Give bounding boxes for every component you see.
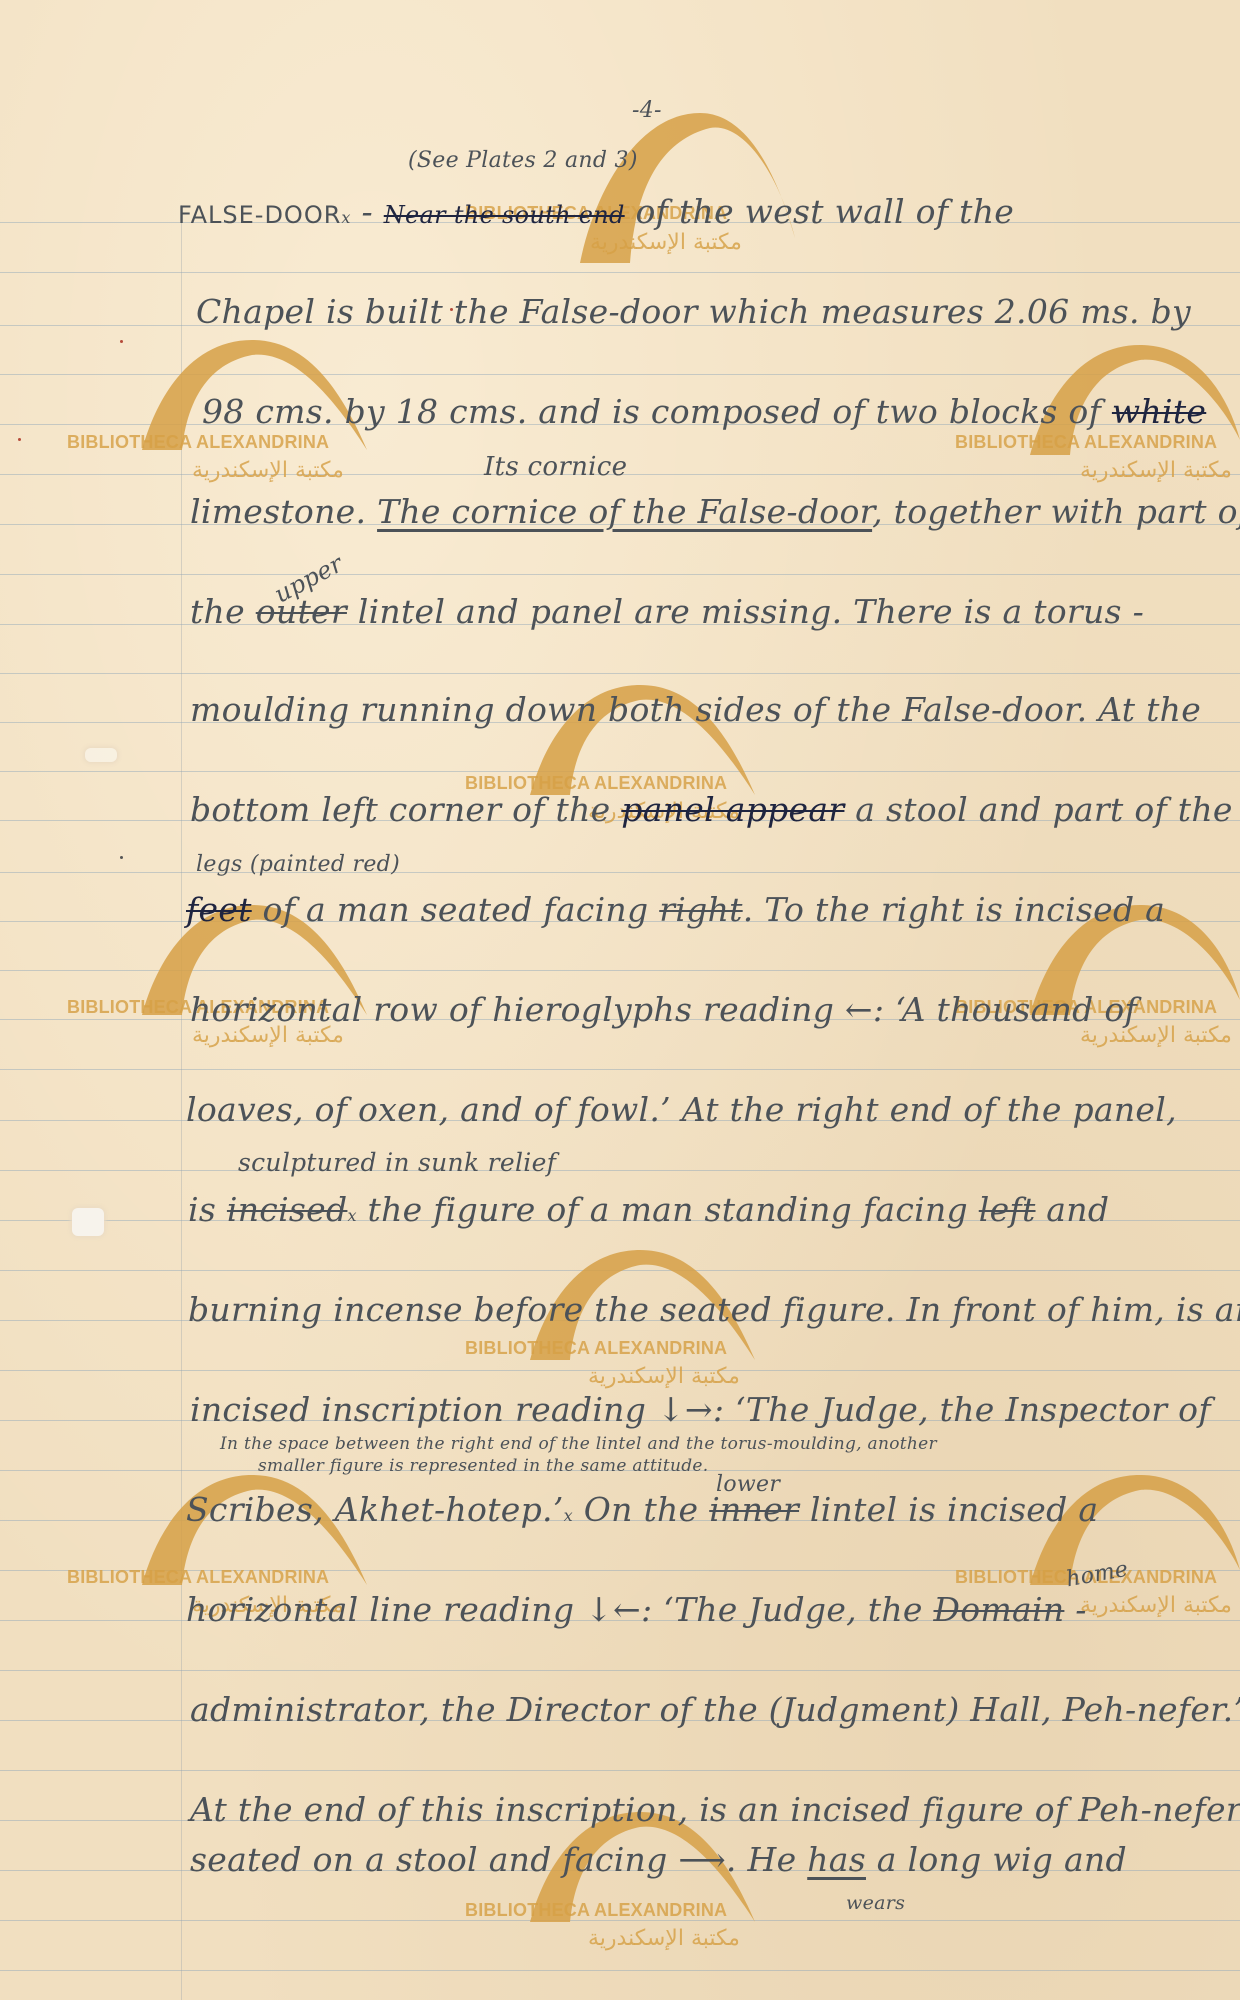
text-segment: of the west wall of the bbox=[625, 192, 1014, 231]
punch-hole bbox=[85, 748, 117, 762]
text-segment: Scribes, Akhet-hotep.’ bbox=[186, 1490, 564, 1529]
text-segment: and bbox=[1036, 1190, 1110, 1229]
rule-line bbox=[0, 1570, 1240, 1571]
watermark-text-ar: مكتبة الإسكندرية bbox=[192, 458, 344, 483]
text-segment: limestone. bbox=[190, 492, 377, 531]
watermark-text-ar: مكتبة الإسكندرية bbox=[588, 1364, 740, 1389]
text-segment: On the bbox=[573, 1490, 709, 1529]
text-segment: lintel and panel are missing. There is a… bbox=[347, 592, 1144, 631]
rule-line bbox=[0, 872, 1240, 873]
text-line-12: is incisedx the figure of a man standing… bbox=[188, 1190, 1109, 1229]
ink-speck bbox=[18, 438, 21, 441]
text-segment: a long wig and bbox=[866, 1840, 1127, 1879]
watermark-text-ar: مكتبة الإسكندرية bbox=[588, 1926, 740, 1951]
rule-line bbox=[0, 771, 1240, 772]
insertion-caret: x bbox=[347, 1206, 356, 1225]
rule-line bbox=[0, 1920, 1240, 1921]
plate-reference: (See Plates 2 and 3) bbox=[408, 148, 638, 173]
text-line-5: limestone. The cornice of the False-door… bbox=[190, 492, 1240, 531]
insertion-sculptured-in-sunk-relief: sculptured in sunk relief bbox=[238, 1148, 556, 1177]
text-line-11: loaves, of oxen, and of fowl.’ At the ri… bbox=[186, 1090, 1177, 1129]
rule-line bbox=[0, 970, 1240, 971]
text-line-19: seated on a stool and facing ⟶. He has a… bbox=[190, 1840, 1127, 1879]
insertion-its-cornice: Its cornice bbox=[484, 452, 627, 482]
watermark-arch-icon bbox=[560, 108, 820, 263]
text-line-15: Scribes, Akhet-hotep.’x On the inner lin… bbox=[186, 1490, 1098, 1529]
insertion-home: home bbox=[1064, 1557, 1130, 1592]
rule-line bbox=[0, 673, 1240, 674]
margin-line bbox=[181, 205, 182, 2000]
text-line-7: moulding running down both sides of the … bbox=[190, 690, 1201, 729]
text-line-3: 98 cms. by 18 cms. and is composed of tw… bbox=[202, 392, 1206, 431]
watermark-text-en: BIBLIOTHECA ALEXANDRINA bbox=[67, 432, 329, 453]
struck-text: left bbox=[979, 1190, 1036, 1229]
text-segment: lintel is incised a bbox=[799, 1490, 1098, 1529]
watermark-text-ar: مكتبة الإسكندرية bbox=[1080, 458, 1232, 483]
text-segment: - bbox=[351, 192, 384, 231]
text-segment: - bbox=[1064, 1590, 1086, 1629]
struck-text: right bbox=[659, 890, 742, 929]
watermark-text-ar: مكتبة الإسكندرية bbox=[590, 230, 742, 255]
insertion-legs-painted-red: legs (painted red) bbox=[196, 852, 400, 877]
rule-line bbox=[0, 574, 1240, 575]
text-line-14: incised inscription reading ↓→: ‘The Jud… bbox=[190, 1390, 1211, 1429]
text-line-8: bottom left corner of the panel appear a… bbox=[190, 790, 1233, 829]
ink-speck bbox=[120, 340, 123, 343]
struck-text: has bbox=[807, 1840, 866, 1879]
rule-line bbox=[0, 1370, 1240, 1371]
struck-text: panel appear bbox=[621, 790, 844, 829]
text-segment: a stool and part of the bbox=[844, 790, 1232, 829]
watermark-text-en: BIBLIOTHECA ALEXANDRINA bbox=[465, 1900, 727, 1921]
struck-text: Domain bbox=[934, 1590, 1065, 1629]
rule-line bbox=[0, 1770, 1240, 1771]
struck-text: feet bbox=[186, 890, 252, 929]
text-line-18: At the end of this inscription, is an in… bbox=[190, 1790, 1240, 1829]
section-heading: FALSE-DOOR bbox=[178, 201, 341, 229]
struck-text: outer bbox=[256, 592, 347, 631]
text-segment: seated on a stool and facing ⟶. He bbox=[190, 1840, 807, 1879]
struck-text: white bbox=[1112, 392, 1206, 431]
insertion-note-line-1: In the space between the right end of th… bbox=[220, 1434, 937, 1454]
text-line-6: the outer lintel and panel are missing. … bbox=[190, 592, 1144, 631]
text-segment: is bbox=[188, 1190, 227, 1229]
insertion-wears: wears bbox=[846, 1892, 905, 1914]
text-segment: horizontal line reading ↓←: ‘The Judge, … bbox=[186, 1590, 934, 1629]
watermark-top-center: BIBLIOTHECA ALEXANDRINA مكتبة الإسكندرية bbox=[560, 108, 820, 263]
watermark-text-en: BIBLIOTHECA ALEXANDRINA bbox=[465, 1338, 727, 1359]
text-line-13: burning incense before the seated figure… bbox=[188, 1290, 1240, 1329]
insertion-caret: x bbox=[564, 1506, 573, 1525]
text-segment: of a man seated facing bbox=[252, 890, 659, 929]
text-segment: the figure of a man standing facing bbox=[357, 1190, 979, 1229]
rule-line bbox=[0, 1270, 1240, 1271]
insertion-note-line-2: smaller figure is represented in the sam… bbox=[258, 1456, 708, 1476]
rule-line bbox=[0, 1670, 1240, 1671]
text-line-17: administrator, the Director of the (Judg… bbox=[190, 1690, 1240, 1729]
struck-text: inner bbox=[709, 1490, 799, 1529]
struck-text: The cornice of the False-door bbox=[377, 492, 872, 531]
text-line-2: Chapel is built the False-door which mea… bbox=[196, 292, 1191, 331]
rule-line bbox=[0, 272, 1240, 273]
rule-line bbox=[0, 374, 1240, 375]
text-segment: the bbox=[190, 592, 256, 631]
watermark-text-ar: مكتبة الإسكندرية bbox=[1080, 1593, 1232, 1618]
ink-speck bbox=[120, 856, 123, 859]
page-number: -4- bbox=[632, 98, 662, 123]
struck-text: incised bbox=[227, 1190, 348, 1229]
rule-line bbox=[0, 1170, 1240, 1171]
text-line-10: horizontal row of hieroglyphs reading ←:… bbox=[190, 990, 1137, 1029]
punch-hole bbox=[72, 1208, 104, 1236]
rule-line bbox=[0, 1069, 1240, 1070]
text-segment: bottom left corner of the bbox=[190, 790, 621, 829]
text-line-1: FALSE-DOORx - Near the south end of the … bbox=[178, 192, 1014, 231]
text-segment: . To the right is incised a bbox=[743, 890, 1165, 929]
text-segment: 98 cms. by 18 cms. and is composed of tw… bbox=[202, 392, 1112, 431]
struck-text: Near the south end bbox=[384, 201, 625, 229]
rule-line bbox=[0, 1970, 1240, 1971]
text-line-16: horizontal line reading ↓←: ‘The Judge, … bbox=[186, 1590, 1087, 1629]
insertion-caret: x bbox=[341, 208, 350, 227]
text-line-9: feet of a man seated facing right. To th… bbox=[186, 890, 1165, 929]
watermark-text-en: BIBLIOTHECA ALEXANDRINA bbox=[955, 432, 1217, 453]
text-segment: , together with part of bbox=[872, 492, 1240, 531]
